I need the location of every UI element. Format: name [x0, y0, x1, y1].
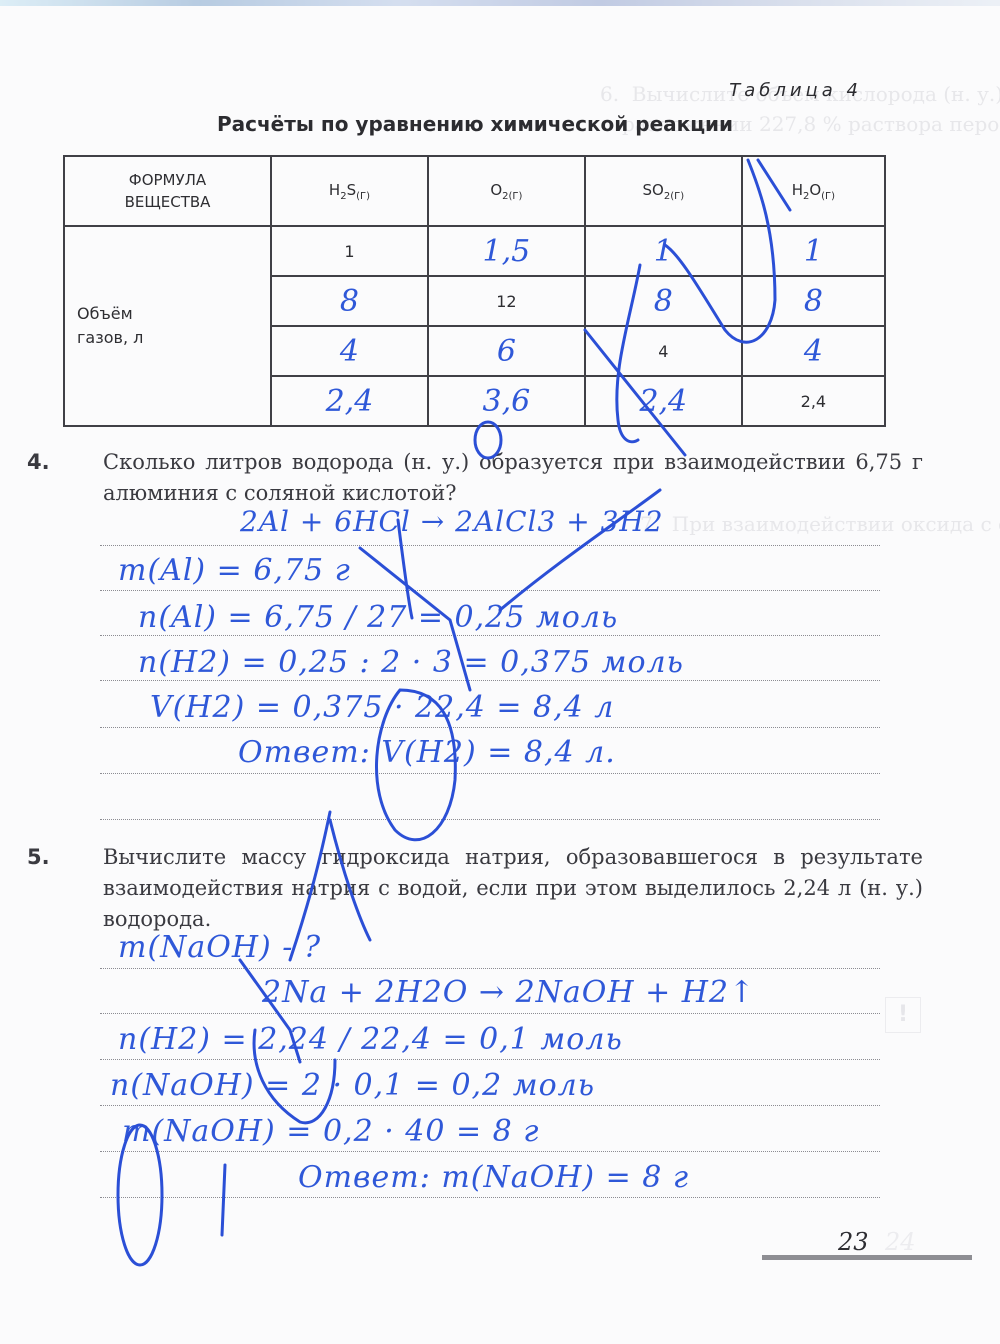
handwritten-value: 8 [804, 284, 823, 319]
handwritten-value: 2,4 [639, 384, 687, 419]
printed-value: 12 [496, 292, 516, 311]
sub-state: (Г) [821, 191, 835, 202]
table-cell: 8 [271, 276, 428, 326]
sub-index: 2(Г) [664, 191, 684, 202]
answer-line [100, 968, 880, 969]
table-cell: 12 [428, 276, 585, 326]
handwritten-value: 8 [340, 284, 359, 319]
sub-base: H [792, 181, 803, 199]
bleed-through-text: 7. При взаимодействии оксида с соляной к… [640, 512, 1000, 536]
substance-header-o2: O2(Г) [428, 156, 585, 226]
table-caption: Таблица 4 [729, 80, 862, 101]
sub-base: SO [643, 181, 664, 199]
answer-line [100, 635, 880, 636]
substance-header-h2s: H2S(Г) [271, 156, 428, 226]
table-cell: 2,4 [585, 376, 742, 426]
sub-state: (Г) [356, 191, 370, 202]
task-5: 5.Вычислите массу гидроксида натрия, обр… [65, 842, 923, 935]
answer-line [100, 1013, 880, 1014]
row-label-line1: Объём [77, 304, 133, 323]
answer-line [100, 727, 880, 728]
handwritten-equation: 2Al + 6HCl → 2AlCl3 + 3H2 [240, 505, 664, 538]
table-cell: 2,4 [271, 376, 428, 426]
table-cell: 4 [585, 326, 742, 376]
handwritten-value: 3,6 [483, 384, 531, 419]
bleed-through-exclamation-icon: ! [885, 997, 921, 1033]
page-number: 23 [838, 1228, 869, 1256]
table-cell: 1 [585, 226, 742, 276]
table-title: Расчёты по уравнению химической реакции [0, 112, 950, 136]
task-5-number: 5. [65, 842, 103, 873]
sub-index: 2(Г) [502, 191, 522, 202]
handwritten-value: 1,5 [483, 234, 531, 269]
sub-base2: S [347, 181, 357, 199]
handwritten-line: n(NaOH) = 2 · 0,1 = 0,2 моль [110, 1068, 595, 1103]
task-4-number: 4. [65, 447, 103, 478]
answer-line [100, 773, 880, 774]
handwritten-value: 2,4 [326, 384, 374, 419]
handwritten-value: 4 [804, 334, 823, 369]
handwritten-line: V(H2) = 0,375 · 22,4 = 8,4 л [150, 690, 614, 725]
table-cell: 6 [428, 326, 585, 376]
volume-row-label: Объём газов, л [64, 226, 271, 426]
answer-line [100, 1105, 880, 1106]
handwritten-line: m(NaOH) = 0,2 · 40 = 8 г [122, 1114, 539, 1149]
handwritten-answer: Ответ: m(NaOH) = 8 г [298, 1160, 689, 1195]
handwritten-value: 6 [497, 334, 516, 369]
table-cell: 4 [271, 326, 428, 376]
row-label-line2: газов, л [77, 328, 143, 347]
answer-line [100, 1197, 880, 1198]
table-cell: 1 [271, 226, 428, 276]
table-header-row: ФОРМУЛА ВЕЩЕСТВА H2S(Г) O2(Г) SO2(Г) H2O… [64, 156, 885, 226]
table-cell: 3,6 [428, 376, 585, 426]
formula-header-line1: ФОРМУЛА [129, 171, 206, 189]
handwritten-value: 1 [654, 234, 673, 269]
answer-line [100, 819, 880, 820]
handwritten-line: m(Al) = 6,75 г [118, 553, 351, 588]
table-cell: 2,4 [742, 376, 885, 426]
task-4: 4.Сколько литров водорода (н. у.) образу… [65, 447, 923, 509]
table-cell: 8 [585, 276, 742, 326]
substance-header-h2o: H2O(Г) [742, 156, 885, 226]
handwritten-answer: Ответ: V(H2) = 8,4 л. [238, 735, 616, 770]
formula-header: ФОРМУЛА ВЕЩЕСТВА [64, 156, 271, 226]
sub-base2: O [809, 181, 821, 199]
sub-base: O [490, 181, 502, 199]
table-cell: 4 [742, 326, 885, 376]
handwritten-value: 1 [804, 234, 823, 269]
answer-line [100, 545, 880, 546]
table-row: Объём газов, л 1 1,5 1 1 [64, 226, 885, 276]
substance-header-so2: SO2(Г) [585, 156, 742, 226]
page-top-edge [0, 0, 1000, 6]
task-5-text: Вычислите массу гидроксида натрия, образ… [103, 845, 923, 931]
calculation-table: ФОРМУЛА ВЕЩЕСТВА H2S(Г) O2(Г) SO2(Г) H2O… [63, 155, 886, 427]
bleed-through-page-number: 24 [885, 1228, 916, 1256]
answer-line [100, 680, 880, 681]
printed-value: 1 [344, 242, 354, 261]
handwritten-line: n(Al) = 6,75 / 27 = 0,25 моль [138, 600, 618, 635]
handwritten-line: m(NaOH) - ? [118, 930, 321, 965]
handwritten-value: 4 [340, 334, 359, 369]
table-cell: 1,5 [428, 226, 585, 276]
handwritten-equation: 2Na + 2H2O → 2NaOH + H2↑ [262, 975, 755, 1010]
page-number-rule [762, 1255, 972, 1260]
printed-value: 2,4 [801, 392, 826, 411]
printed-value: 4 [658, 342, 668, 361]
answer-line [100, 1151, 880, 1152]
task-4-text: Сколько литров водорода (н. у.) образует… [103, 450, 923, 505]
handwritten-line: n(H2) = 0,25 : 2 · 3 = 0,375 моль [138, 645, 684, 680]
table-cell: 8 [742, 276, 885, 326]
formula-header-line2: ВЕЩЕСТВА [125, 193, 211, 211]
sub-base: H [329, 181, 340, 199]
handwritten-value: 8 [654, 284, 673, 319]
table-cell: 1 [742, 226, 885, 276]
answer-line [100, 1059, 880, 1060]
handwritten-line: n(H2) = 2,24 / 22,4 = 0,1 моль [118, 1022, 623, 1057]
answer-line [100, 590, 880, 591]
